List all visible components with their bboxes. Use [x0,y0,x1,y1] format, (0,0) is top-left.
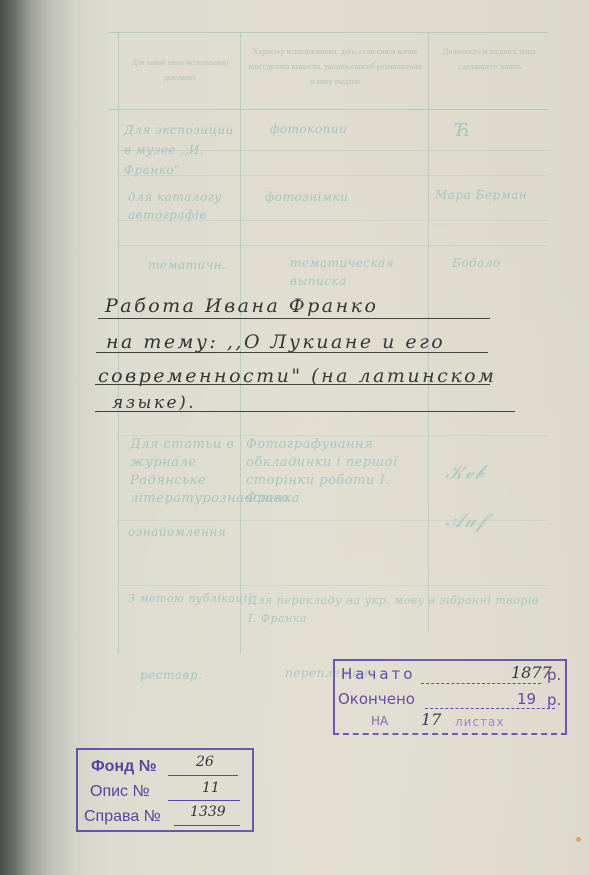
ghost-cell: ознайомлення [128,525,226,539]
sheets-value: 17 [421,710,441,729]
started-label: Начато [341,665,415,683]
ghost-cell: фотознімки [265,190,348,204]
ghost-header-purpose: Для какой цели использован документ [124,55,236,85]
sprava-label: Справа № [84,808,161,826]
ghost-signature: 𝒜𝓊𝒻 [445,508,486,532]
ghost-cell: Для перекладу на укр. мову в зібранні тв… [248,592,548,628]
sheets-prefix: НА [371,714,388,728]
title-underline [95,411,515,412]
ghost-signature: Ћ [455,120,471,141]
ghost-cell: тематичн. [148,258,226,272]
title-line-4: языке). [112,393,196,413]
archive-stamp: Фонд № 26 Опис № 11 Справа № 1339 [76,748,256,834]
sprava-underline [174,825,240,826]
ghost-cell: Бодало [452,256,501,270]
date-stamp: Начато 1877 р. Окончено 19 р. НА 17 лист… [333,657,569,741]
ghost-cell: Для статьи в журнале Радянське літератур… [130,436,248,508]
paper-stain [576,837,581,842]
sprava-value: 1339 [190,804,226,820]
fond-label: Фонд № [91,758,157,776]
document-page: Для какой цели использован документ Хара… [0,0,589,875]
ghost-cell: фотокопии [270,122,347,136]
ghost-cell: для каталогу автографів [128,188,238,224]
ghost-cell: реставр. [140,668,203,682]
title-underline [98,318,490,319]
sheets-label: листах [455,715,505,729]
started-value: 1877 [511,663,552,682]
ghost-header-usage: Характер использования, дать, если снята… [246,44,424,89]
fond-underline [168,775,238,776]
finished-suffix: р. [547,691,561,709]
fond-value: 26 [196,754,214,770]
ghost-signature: 𝒦𝓋𝒷 [445,460,484,484]
finished-underline [425,708,555,709]
started-suffix: р. [547,666,561,684]
title-line-1: Работа Ивана Франко [105,295,378,317]
finished-label: Окончено [338,690,415,708]
ghost-table-header-bottom-line [108,109,548,110]
ghost-cell: З метою публікації [128,592,252,605]
ghost-cell: Фотографування обкладинки і першої сторі… [246,436,436,508]
opys-underline [168,800,240,801]
ghost-table-top-line [108,32,548,33]
ghost-cell: Мара Берман [435,188,527,202]
ghost-row-line [118,585,548,586]
started-underline [421,683,541,684]
ghost-row-line [118,245,548,246]
ghost-header-signature: Должность и подпись лица, сделавшего зап… [432,44,548,74]
ghost-cell: тематическая выписка [290,254,410,290]
opys-label: Опис № [90,783,150,801]
title-line-2: на тему: ,,О Лукиане и его [106,331,445,353]
finished-value: 19 [517,690,536,708]
ghost-cell: Для экспозиции в музее ,,И. Франко" [124,120,236,180]
title-underline [96,352,488,353]
opys-value: 11 [202,780,220,796]
title-underline [95,384,490,385]
